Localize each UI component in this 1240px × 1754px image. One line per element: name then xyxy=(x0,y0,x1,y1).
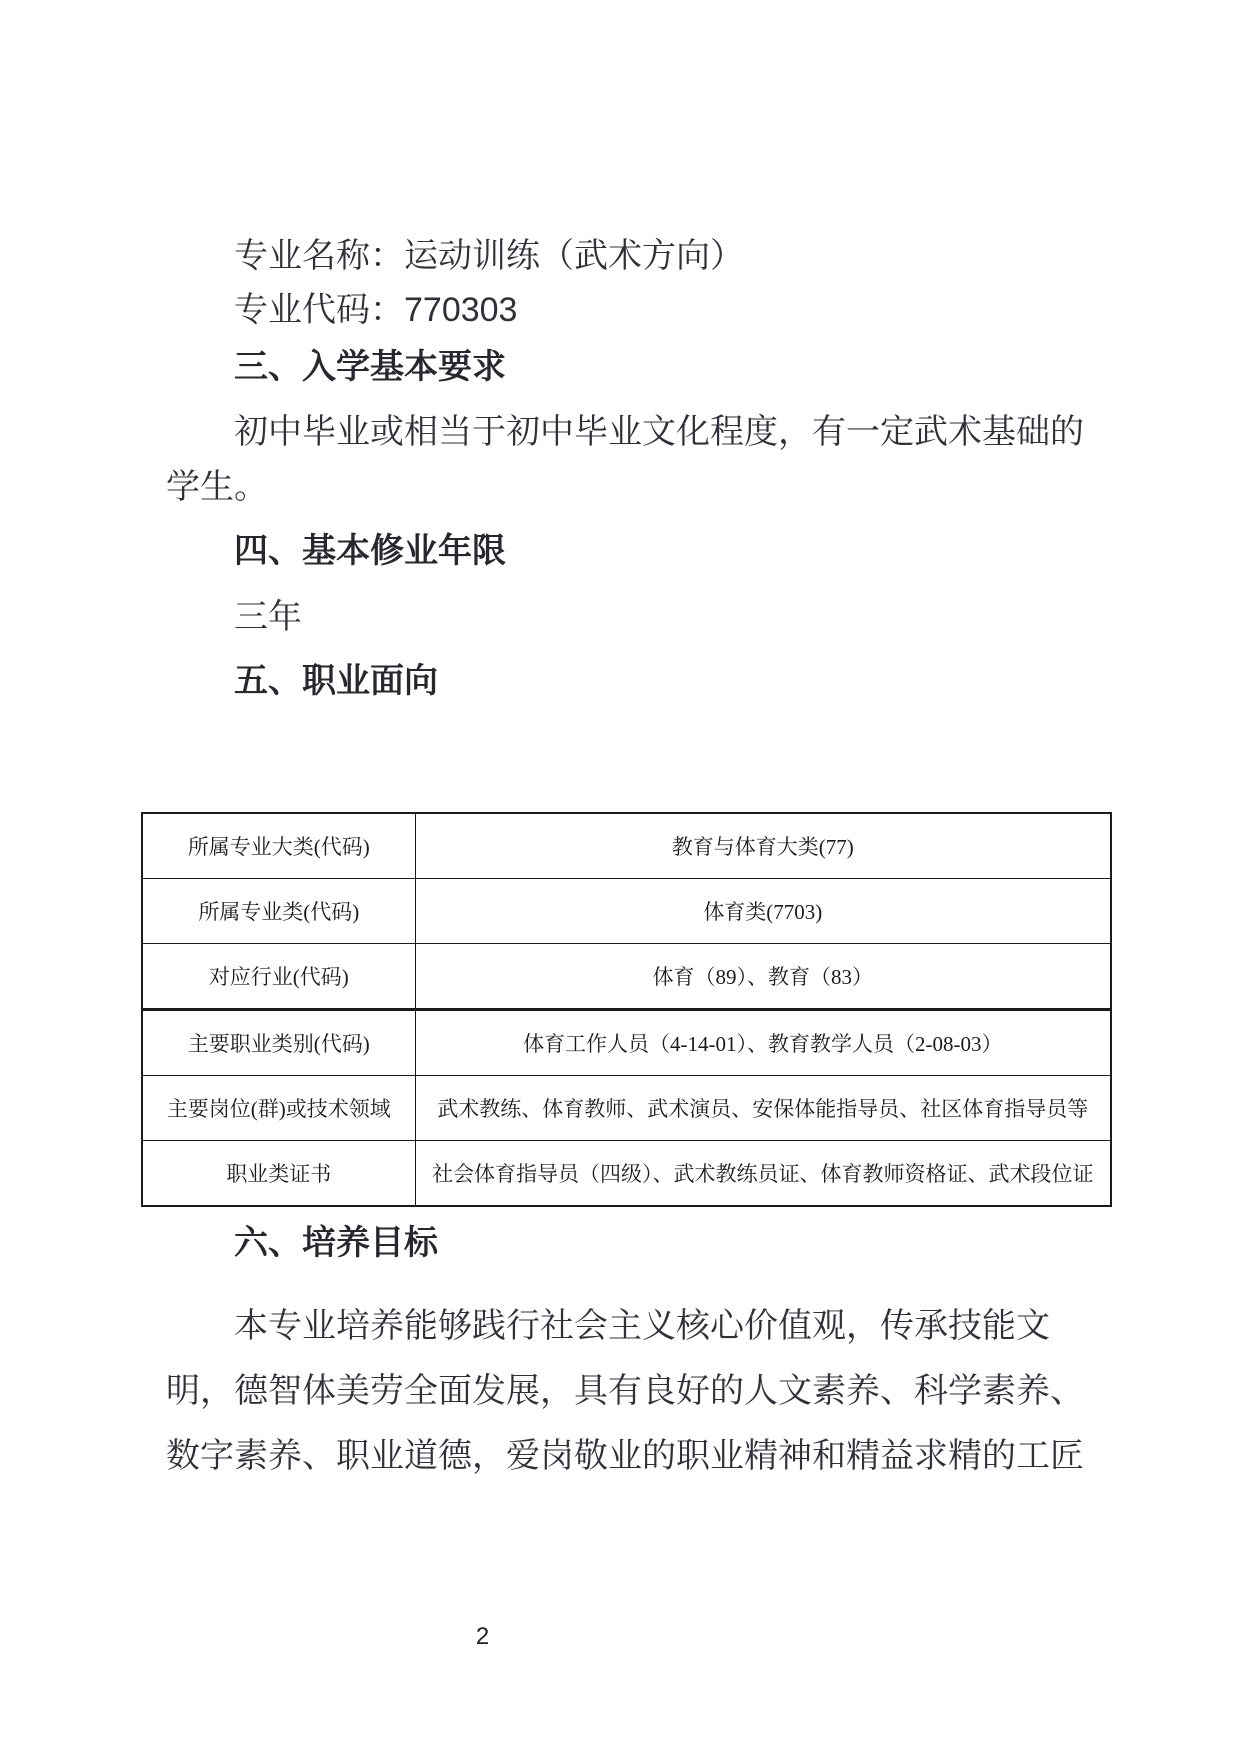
training-paragraph-line-2: 明，德智体美劳全面发展，具有良好的人文素养、科学素养、 xyxy=(166,1360,1116,1422)
table-label-main-posts: 主要岗位(群)或技术领域 xyxy=(142,1076,415,1141)
page-number: 2 xyxy=(440,1622,525,1652)
table-label-major-class: 所属专业类(代码) xyxy=(142,879,415,944)
table-row: 职业类证书 社会体育指导员（四级）、武术教练员证、体育教师资格证、武术段位证 xyxy=(142,1141,1111,1207)
table-value-industry: 体育（89）、教育（83） xyxy=(415,944,1111,1010)
table-value-major-category: 教育与体育大类(77) xyxy=(415,813,1111,879)
table-row: 所属专业大类(代码) 教育与体育大类(77) xyxy=(142,813,1111,879)
table-label-major-category: 所属专业大类(代码) xyxy=(142,813,415,879)
table-value-main-posts: 武术教练、体育教师、武术演员、安保体能指导员、社区体育指导员等 xyxy=(415,1076,1111,1141)
table-label-certificates: 职业类证书 xyxy=(142,1141,415,1207)
table-label-industry: 对应行业(代码) xyxy=(142,944,415,1010)
training-paragraph-line-1: 本专业培养能够践行社会主义核心价值观，传承技能文 xyxy=(166,1295,1184,1357)
table-value-major-class: 体育类(7703) xyxy=(415,879,1111,944)
table-row: 对应行业(代码) 体育（89）、教育（83） xyxy=(142,944,1111,1010)
admission-paragraph-line-1: 初中毕业或相当于初中毕业文化程度，有一定武术基础的 xyxy=(166,401,1184,463)
major-name-line: 专业名称：运动训练（武术方向） xyxy=(166,225,1184,287)
table-value-occupation-category: 体育工作人员（4-14-01）、教育教学人员（2-08-03） xyxy=(415,1010,1111,1076)
section-heading-training: 六、培养目标 xyxy=(166,1212,1184,1274)
table-row: 所属专业类(代码) 体育类(7703) xyxy=(142,879,1111,944)
table-value-certificates: 社会体育指导员（四级）、武术教练员证、体育教师资格证、武术段位证 xyxy=(415,1141,1111,1207)
major-code-line: 专业代码：770303 xyxy=(166,279,1184,341)
table-label-occupation-category: 主要职业类别(代码) xyxy=(142,1010,415,1076)
table-row: 主要岗位(群)或技术领域 武术教练、体育教师、武术演员、安保体能指导员、社区体育… xyxy=(142,1076,1111,1141)
career-orientation-table: 所属专业大类(代码) 教育与体育大类(77) 所属专业类(代码) 体育类(770… xyxy=(141,812,1112,1207)
admission-paragraph-line-2: 学生。 xyxy=(166,456,1116,518)
table-row: 主要职业类别(代码) 体育工作人员（4-14-01）、教育教学人员（2-08-0… xyxy=(142,1010,1111,1076)
section-heading-duration: 四、基本修业年限 xyxy=(166,520,1184,582)
section-heading-admission: 三、入学基本要求 xyxy=(166,336,1184,398)
section-heading-career: 五、职业面向 xyxy=(166,650,1184,712)
duration-text: 三年 xyxy=(166,586,1184,648)
document-page: 专业名称：运动训练（武术方向） 专业代码：770303 三、入学基本要求 初中毕… xyxy=(0,0,1240,1754)
training-paragraph-line-3: 数字素养、职业道德，爱岗敬业的职业精神和精益求精的工匠 xyxy=(166,1425,1116,1487)
